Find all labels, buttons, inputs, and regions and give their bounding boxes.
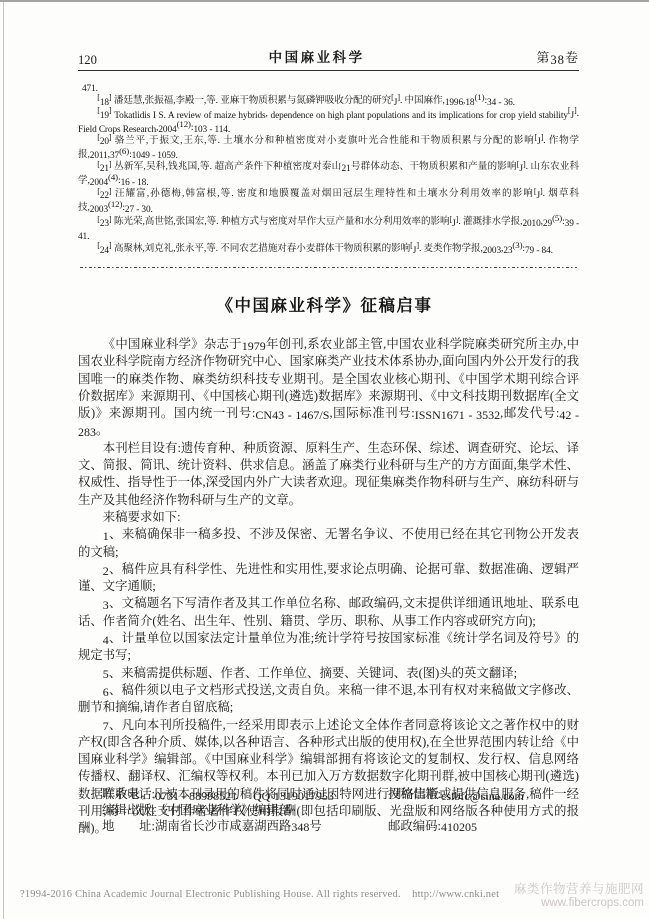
scan-edge-top — [0, 0, 649, 2]
watermark: 麻类作物营养与施肥网 www.fibercrops.com — [514, 883, 644, 910]
notice-requirement-6: 6、稿件须以电子文档形式投送,文责自负。来稿一律不退,本刊有权对来稿做文字修改、… — [78, 682, 579, 717]
reference-item-21: [21] 丛新军,吴科,钱兆国,等. 超高产条件下种植密度对泰山21号群体动态、… — [78, 161, 579, 188]
reference-item-20: [20] 骆兰平,于振文,王东,等. 土壤水分和种植密度对小麦旗叶光合性能和干物… — [78, 135, 579, 162]
notice-requirement-5: 5、来稿需提供标题、作者、工作单位、摘要、关键词、表(图)头的英文翻译; — [78, 665, 579, 682]
notice-paragraph-columns: 本刊栏目设有:遗传育种、种质资源、原料生产、生态环保、综述、调查研究、论坛、译文… — [78, 440, 579, 509]
contact-address: 地 址:湖南省长沙市咸嘉湖西路348号 — [102, 819, 388, 835]
contact-phone: 联系电话:0731 - 88998521 — [102, 787, 253, 803]
reference-item-24: [24] 高聚林,刘克礼,张永平,等. 不同农艺措施对春小麦群体干物质积累的影响… — [78, 242, 579, 256]
page-number: 120 — [78, 50, 97, 66]
contact-row-3: 地 址:湖南省长沙市咸嘉湖西路348号 邮政编码:410205 — [78, 819, 579, 835]
notice-requirement-3: 3、文稿题名下写清作者及其工作单位名称、邮政编码,文末提供详细通讯地址、联系电话… — [78, 595, 579, 630]
contact-section: 联系电话:0731 - 88998521 QQ:1319017953 投稿信箱:… — [78, 787, 579, 834]
contact-email: 投稿信箱:csibfc@sina.com — [388, 787, 579, 803]
notice-requirement-2: 2、稿件应具有科学性、先进性和实用性,要求论点明确、论据可靠、数据准确、逻辑严谨… — [78, 561, 579, 596]
contact-qq: QQ:1319017953 — [253, 787, 388, 803]
contact-postcode: 邮政编码:410205 — [388, 819, 579, 835]
reference-item-19: [19] Tokatlidis I S. A review of maize h… — [78, 108, 579, 135]
reference-item-18: [18] 潘廷慧,张振福,李殿一,等. 亚麻干物质积累与氮磷钾吸收分配的研究[J… — [78, 94, 579, 108]
notice-body: 《中国麻业科学》杂志于1979年创刊,系农业部主管,中国农业科学院麻类研究所主办… — [78, 336, 579, 838]
header-divider — [78, 70, 579, 71]
contact-row-2: 编辑出版:《中国麻业科学》编辑部 — [78, 803, 579, 819]
contact-publisher: 编辑出版:《中国麻业科学》编辑部 — [102, 803, 579, 819]
notice-paragraph-requirements-lead: 来稿要求如下: — [78, 509, 579, 526]
journal-title: 中国麻业科学 — [269, 46, 365, 66]
notice-paragraph-intro: 《中国麻业科学》杂志于1979年创刊,系农业部主管,中国农业科学院麻类研究所主办… — [78, 336, 579, 440]
notice-requirement-4: 4、计量单位以国家法定计量单位为准;统计学符号按国家标准《统计学名词及符号》的规… — [78, 630, 579, 665]
notice-requirement-1: 1、来稿确保非一稿多投、不涉及保密、无署名争议、不使用已经在其它刊物公开发表的文… — [78, 526, 579, 561]
contact-row-1: 联系电话:0731 - 88998521 QQ:1319017953 投稿信箱:… — [78, 787, 579, 803]
scan-edge-left — [3, 2, 4, 919]
dotted-section-divider — [80, 267, 577, 268]
footer-copyright: ?1994-2016 China Academic Journal Electr… — [20, 889, 499, 900]
notice-title: 《中国麻业科学》征稿启事 — [0, 292, 649, 316]
references-section: 471. [18] 潘廷慧,张振福,李殿一,等. 亚麻干物质积累与氮磷钾吸收分配… — [78, 81, 579, 256]
reference-item-23: [23] 陈光荣,高世铭,张国宏,等. 种植方式与密度对旱作大豆产量和水分利用效… — [78, 215, 579, 242]
reference-carryover: 471. — [78, 81, 579, 94]
watermark-site-name: 麻类作物营养与施肥网 — [514, 883, 644, 897]
reference-item-22: [22] 汪耀富,孙德梅,韩富根,等. 密度和地膜覆盖对烟田冠层生理特性和土壤水… — [78, 188, 579, 215]
journal-scan-page: 120 中国麻业科学 第38卷 471. [18] 潘廷慧,张振福,李殿一,等.… — [0, 0, 649, 919]
watermark-site-url: www.fibercrops.com — [514, 897, 644, 911]
volume-label: 第38卷 — [536, 47, 579, 66]
page-header: 120 中国麻业科学 第38卷 — [78, 46, 579, 66]
